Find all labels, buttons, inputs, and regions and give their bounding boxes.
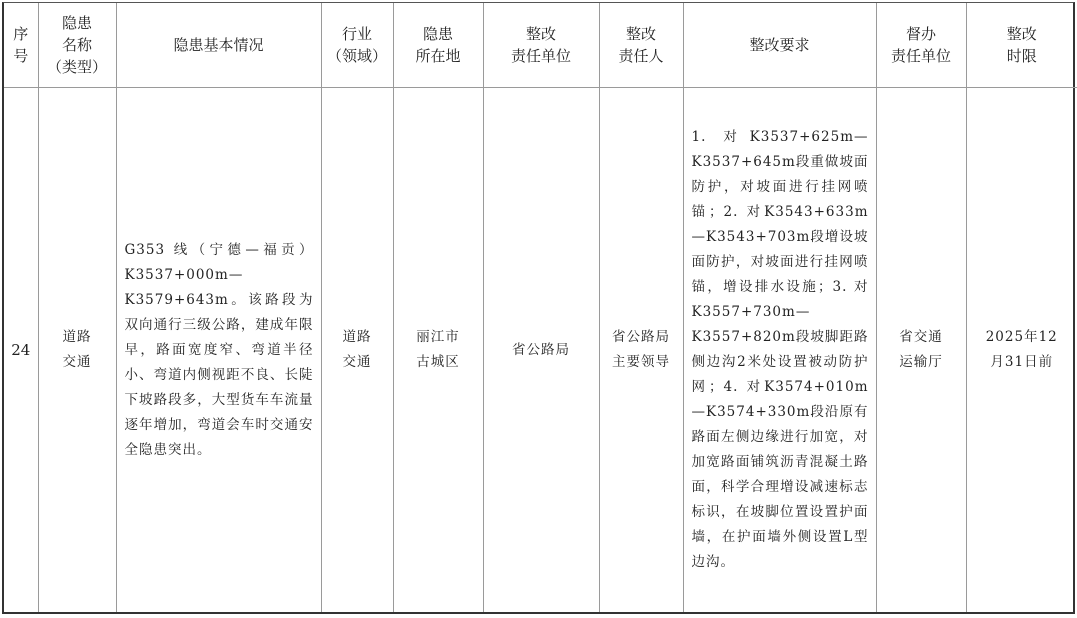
cell-deadline: 2025年12 月31日前 bbox=[966, 88, 1077, 613]
header-requirements: 整改要求 bbox=[683, 3, 876, 88]
header-deadline: 整改 时限 bbox=[966, 3, 1077, 88]
hazard-table-sheet: 序 号 隐患 名称 （类型） 隐患基本情况 行业 （领域） 隐患 所在地 bbox=[2, 2, 1075, 614]
hazard-rectification-table: 序 号 隐患 名称 （类型） 隐患基本情况 行业 （领域） 隐患 所在地 bbox=[4, 3, 1077, 612]
cell-seq: 24 bbox=[4, 88, 38, 613]
cell-basic-info: G353 线（宁德—福贡）K3537+000m—K3579+643m。该路段为双… bbox=[116, 88, 321, 613]
header-industry: 行业 （领域） bbox=[321, 3, 393, 88]
header-location: 隐患 所在地 bbox=[393, 3, 483, 88]
cell-responsible-person: 省公路局 主要领导 bbox=[599, 88, 683, 613]
cell-hazard-name: 道路 交通 bbox=[38, 88, 116, 613]
header-responsible-unit: 整改 责任单位 bbox=[483, 3, 599, 88]
header-seq: 序 号 bbox=[4, 3, 38, 88]
cell-requirements: 1. 对K3537+625m—K3537+645m段重做坡面防护，对坡面进行挂网… bbox=[683, 88, 876, 613]
header-responsible-person: 整改 责任人 bbox=[599, 3, 683, 88]
table-row: 24 道路 交通 G353 线（宁德—福贡）K3537+000m—K3579+6… bbox=[4, 88, 1077, 613]
cell-supervising-unit: 省交通 运输厅 bbox=[876, 88, 966, 613]
header-supervising-unit: 督办 责任单位 bbox=[876, 3, 966, 88]
cell-responsible-unit: 省公路局 bbox=[483, 88, 599, 613]
header-row: 序 号 隐患 名称 （类型） 隐患基本情况 行业 （领域） 隐患 所在地 bbox=[4, 3, 1077, 88]
header-hazard-name: 隐患 名称 （类型） bbox=[38, 3, 116, 88]
cell-location: 丽江市 古城区 bbox=[393, 88, 483, 613]
cell-industry: 道路 交通 bbox=[321, 88, 393, 613]
header-basic-info: 隐患基本情况 bbox=[116, 3, 321, 88]
